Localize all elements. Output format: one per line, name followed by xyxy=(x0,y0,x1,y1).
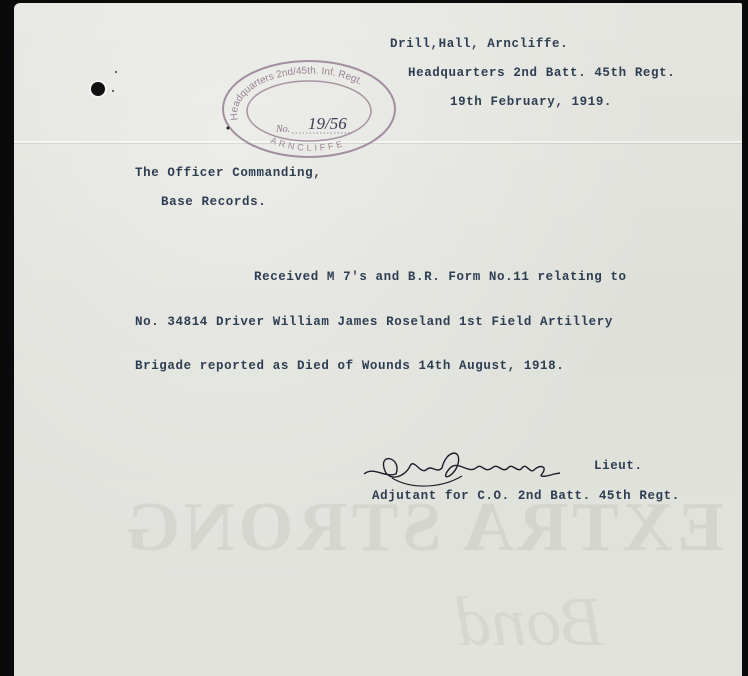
letter-page: EXTRA STRONG Bond Drill,Hall, Arncliffe.… xyxy=(14,3,742,676)
paper-speck xyxy=(115,71,117,73)
letter-date: 19th February, 1919. xyxy=(450,95,612,109)
headquarters-stamp: Headquarters 2nd/45th. Inf. Regt. ARNCLI… xyxy=(220,58,398,160)
body-line-2: No. 34814 Driver William James Roseland … xyxy=(135,315,613,329)
signatory-title: Adjutant for C.O. 2nd Batt. 45th Regt. xyxy=(372,489,680,503)
handwritten-signature: C.H.Davies xyxy=(362,444,584,494)
recipient-line-2: Base Records. xyxy=(161,195,266,209)
letterhead-address: Drill,Hall, Arncliffe. xyxy=(390,37,568,51)
paper-watermark-script: Bond xyxy=(204,583,604,663)
paper-speck xyxy=(112,90,114,92)
punch-hole xyxy=(91,82,105,96)
body-line-3: Brigade reported as Died of Wounds 14th … xyxy=(135,359,564,373)
stamp-number-label: No. xyxy=(275,124,290,135)
letterhead-unit: Headquarters 2nd Batt. 45th Regt. xyxy=(408,66,675,80)
stamp-number-value: 19/56 xyxy=(308,114,347,133)
recipient-line-1: The Officer Commanding, xyxy=(135,166,321,180)
body-line-1: Received M 7's and B.R. Form No.11 relat… xyxy=(254,270,627,284)
signatory-rank: Lieut. xyxy=(594,459,643,473)
